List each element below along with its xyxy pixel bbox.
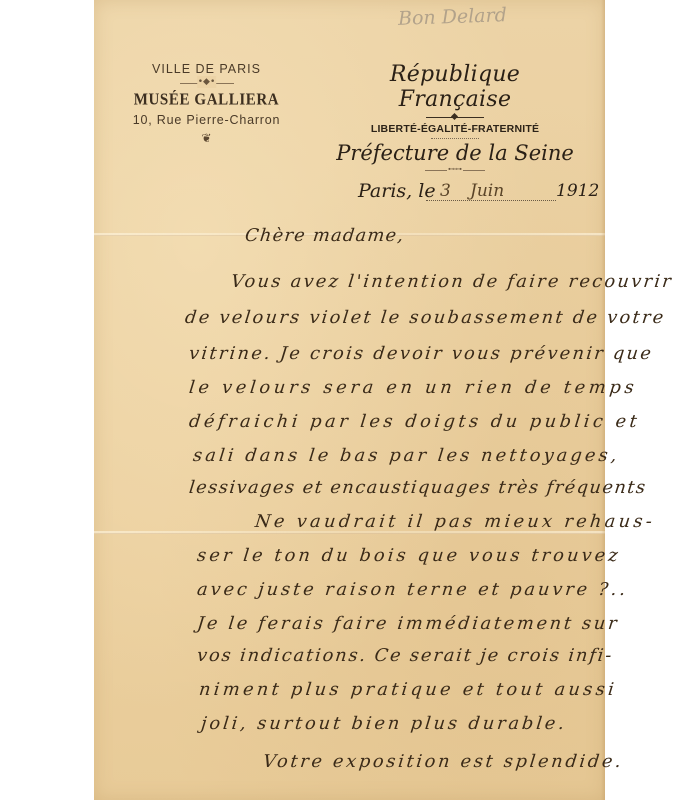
letter-line: lessivages et encaustiquages très fréque… xyxy=(188,478,648,498)
letter-line: de velours violet le soubassement de vot… xyxy=(184,308,667,328)
letter-page: Bon Delard VILLE DE PARIS •◆• MUSÉE GALL… xyxy=(94,0,605,800)
letter-closing-line: Votre exposition est splendide. xyxy=(262,752,625,772)
letter-line: Ne vaudrait il pas mieux rehaus- xyxy=(254,512,656,532)
letter-line: Je le ferais faire immédiatement sur xyxy=(196,614,620,634)
salutation: Chère madame, xyxy=(244,226,405,246)
letter-line: ser le ton du bois que vous trouvez xyxy=(196,546,622,566)
letter-line: vos indications. Ce serait je crois infi… xyxy=(196,646,614,666)
letter-line: avec juste raison terne et pauvre ?.. xyxy=(196,580,629,600)
letter-line: le velours sera en un rien de temps xyxy=(188,378,638,398)
letter-body: Chère madame, Vous avez l'intention de f… xyxy=(94,0,605,800)
letter-line: sali dans le bas par les nettoyages, xyxy=(192,446,621,466)
letter-line: niment plus pratique et tout aussi xyxy=(198,680,618,700)
letter-line: défraichi par les doigts du public et xyxy=(188,412,641,432)
letter-line: vitrine. Je crois devoir vous prévenir q… xyxy=(188,344,654,364)
letter-line: Vous avez l'intention de faire recouvrir xyxy=(230,272,674,292)
letter-line: joli, surtout bien plus durable. xyxy=(200,714,568,734)
